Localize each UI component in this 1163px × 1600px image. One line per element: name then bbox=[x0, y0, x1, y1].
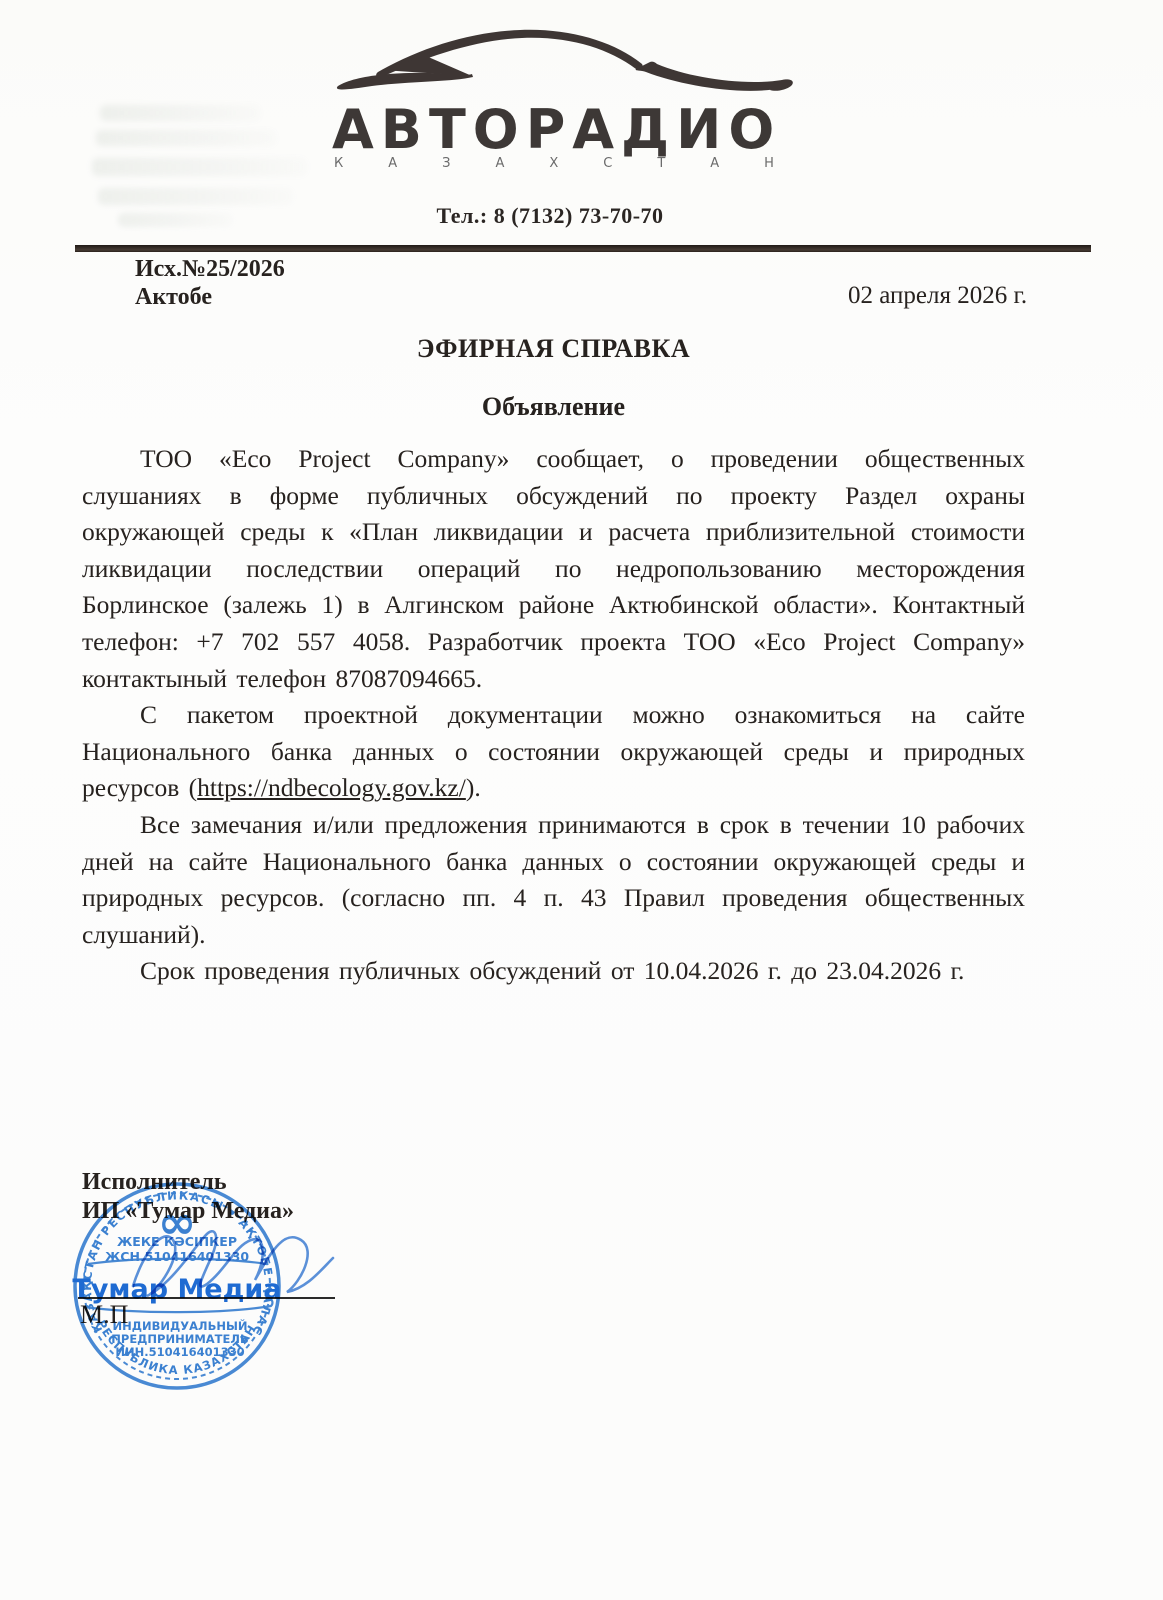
outgoing-ref-number: Исх.№25/2026 bbox=[135, 256, 285, 283]
stamp-iin-number: ИИН.510416401330 bbox=[115, 1345, 244, 1359]
ndb-ecology-url: https://ndbecology.gov.kz/ bbox=[197, 773, 466, 802]
document-title: ЭФИРНАЯ СПРАВКА bbox=[82, 334, 1025, 364]
car-silhouette-icon bbox=[330, 26, 800, 98]
paragraph-comments-period: Все замечания и/или предложения принимаю… bbox=[82, 807, 1025, 953]
brand-wordmark: АВТОРАДИО bbox=[332, 98, 794, 161]
phone-line: Тел.: 8 (7132) 73-70-70 bbox=[0, 203, 1100, 229]
scanned-letter-page: АВТОРАДИО КАЗАХСТАН Тел.: 8 (7132) 73-70… bbox=[0, 0, 1163, 1600]
bleed-through-artifact bbox=[92, 158, 307, 176]
document-date: 02 апреля 2026 г. bbox=[848, 282, 1027, 310]
bleed-through-artifact bbox=[100, 105, 260, 121]
paragraph-documentation: С пакетом проектной документации можно о… bbox=[82, 697, 1025, 807]
paragraph-discussion-dates: Срок проведения публичных обсуждений от … bbox=[82, 953, 1025, 990]
document-body: ТОО «Eco Project Company» сообщает, о пр… bbox=[82, 441, 1025, 990]
handwritten-signature bbox=[115, 1208, 345, 1308]
document-subtitle: Объявление bbox=[82, 392, 1025, 422]
brand-country-label: КАЗАХСТАН bbox=[334, 156, 796, 171]
city-label: Актобе bbox=[135, 284, 212, 311]
header-divider bbox=[75, 245, 1091, 252]
stamp-entity-type-ru-2: ПРЕДПРИНИМАТЕЛЬ bbox=[111, 1332, 248, 1346]
stamp-entity-type-ru-1: ИНДИВИДУАЛЬНЫЙ bbox=[113, 1318, 248, 1333]
paragraph-announcement: ТОО «Eco Project Company» сообщает, о пр… bbox=[82, 441, 1025, 697]
station-logo: АВТОРАДИО КАЗАХСТАН bbox=[330, 26, 800, 98]
bleed-through-artifact bbox=[96, 130, 276, 146]
paragraph-documentation-closing: ). bbox=[466, 773, 481, 802]
